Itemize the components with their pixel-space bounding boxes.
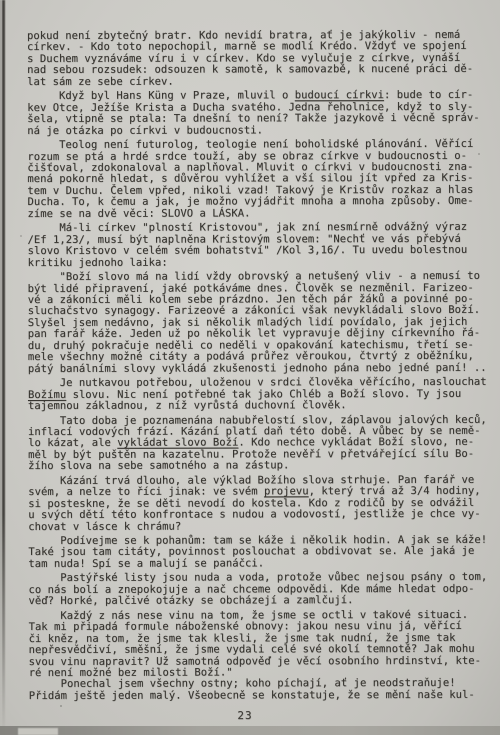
- paragraph: Má-li církev "plností Kristovou", jak zn…: [28, 222, 496, 269]
- text-run: slovu. Nic není potřebné tak jako Chléb …: [28, 387, 461, 412]
- scan-bottom-artifact: [0, 726, 500, 735]
- text-run: pokud není zbytečný bratr. Kdo nevidí br…: [27, 29, 473, 88]
- paragraph: Kázání trvá dlouho, ale výklad Božího sl…: [28, 475, 496, 533]
- text-run: Teolog není futurolog, teologie není boh…: [27, 138, 473, 220]
- text-run: Má-li církev "plností Kristovou", jak zn…: [28, 221, 468, 269]
- paragraph: Ponechal jsem všechny ostny; koho píchaj…: [29, 678, 497, 702]
- scan-bottom-patch: [18, 728, 58, 735]
- paper-speck: [60, 705, 62, 707]
- text-run: Pastýřské listy jsou nuda a voda, protož…: [28, 571, 487, 607]
- underlined-text: projevu: [264, 485, 309, 497]
- scanned-page: pokud není zbytečný bratr. Kdo nevidí br…: [0, 0, 500, 735]
- paragraph: Je nutkavou potřebou, uloženou v srdci č…: [28, 377, 496, 413]
- underlined-text: budoucí církvi: [295, 89, 384, 101]
- page-number: 23: [0, 709, 490, 722]
- paragraph: Teolog není futurolog, teologie není boh…: [27, 139, 495, 220]
- underlined-text: Božímu: [28, 388, 66, 400]
- underlined-text: vykládat slovo Boží: [117, 437, 238, 449]
- text-run: "Boží slovo má na lidí vždy obrovský a n…: [28, 270, 487, 375]
- text-run: Podívejme se k pohanům: tam se káže i ně…: [28, 534, 487, 570]
- paragraph: Tato doba je poznamenána nabubřelostí sl…: [28, 414, 496, 472]
- page-left-edge-shadow: [0, 0, 7, 735]
- text-run: Každý z nás nese vinu na tom, že jsme se…: [29, 609, 482, 679]
- paragraph: Každý z nás nese vinu na tom, že jsme se…: [29, 610, 497, 680]
- paragraph: "Boží slovo má na lidí vždy obrovský a n…: [28, 271, 496, 375]
- text-run: Ponechal jsem všechny ostny; koho píchaj…: [29, 677, 475, 702]
- document-body: pokud není zbytečný bratr. Kdo nevidí br…: [27, 30, 497, 703]
- paragraph: Podívejme se k pohanům: tam se káže i ně…: [28, 535, 496, 571]
- paragraph: pokud není zbytečný bratr. Kdo nevidí br…: [27, 30, 495, 88]
- paragraph: Když byl Hans Küng v Praze, mluvil o bud…: [27, 90, 495, 137]
- paragraph: Pastýřské listy jsou nuda a voda, protož…: [28, 572, 496, 608]
